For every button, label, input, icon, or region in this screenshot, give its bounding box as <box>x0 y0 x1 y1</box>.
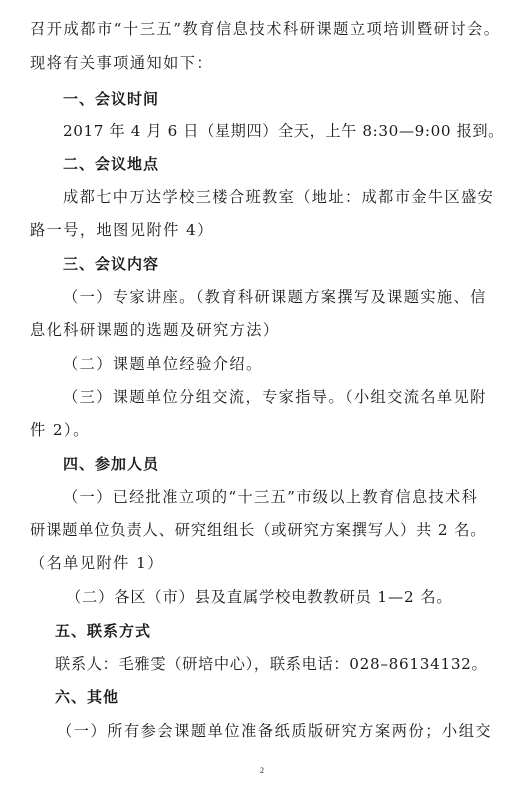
contact-text: 联系人：毛雅雯（研培中心），联系电话：028–86134132。 <box>55 654 487 674</box>
attendees-item-2: （二）各区（市）县及直属学校电教教研员 1—2 名。 <box>66 587 453 607</box>
intro-line-1: 召开成都市“十三五”教育信息技术科研课题立项培训暨研讨会。 <box>30 19 501 39</box>
attendees-item-1-line-2: 研课题单位负责人、研究组组长（或研究方案撰写人）共 2 名。 <box>30 520 486 540</box>
content-item-2: （二）课题单位经验介绍。 <box>63 354 263 374</box>
location-text-line-2: 路一号，地图见附件 4） <box>30 220 214 240</box>
content-item-1-line-2: 息化科研课题的选题及研究方法） <box>30 320 280 340</box>
section-heading-location: 二、会议地点 <box>63 154 159 174</box>
intro-line-2: 现将有关事项通知如下： <box>30 53 213 73</box>
content-item-3-line-2: 件 2）。 <box>30 420 90 440</box>
section-heading-other: 六、其他 <box>55 687 119 707</box>
section-heading-content: 三、会议内容 <box>63 254 159 274</box>
section-heading-attendees: 四、参加人员 <box>63 454 159 474</box>
section-heading-time: 一、会议时间 <box>63 89 159 109</box>
attendees-item-1-line-3: （名单见附件 1） <box>30 553 164 573</box>
page-number: 2 <box>260 766 264 775</box>
attendees-item-1-line-1: （一）已经批准立项的“十三五”市级以上教育信息技术科 <box>63 487 478 507</box>
content-item-1-line-1: （一）专家讲座。（教育科研课题方案撰写及课题实施、信 <box>63 287 487 307</box>
meeting-time-text: 2017 年 4 月 6 日（星期四）全天，上午 8:30—9:00 报到。 <box>63 121 504 141</box>
content-item-3-line-1: （三）课题单位分组交流，专家指导。（小组交流名单见附 <box>63 387 487 407</box>
other-item-1-line-1: （一）所有参会课题单位准备纸质版研究方案两份；小组交 <box>57 721 492 741</box>
location-text-line-1: 成都七中万达学校三楼合班教室（地址：成都市金牛区盛安 <box>63 187 494 207</box>
section-heading-contact: 五、联系方式 <box>55 621 151 641</box>
